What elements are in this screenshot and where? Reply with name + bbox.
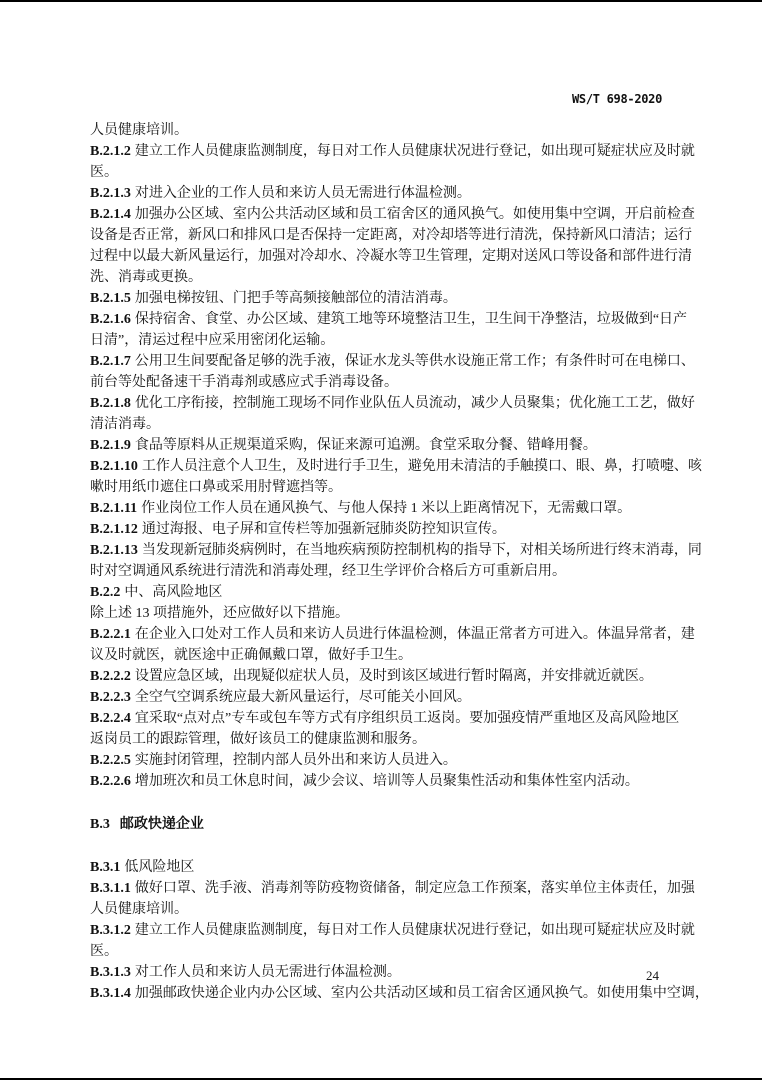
paragraph-line: B.2.1.3对进入企业的工作人员和来访人员无需进行体温检测。	[90, 183, 670, 204]
paragraph-line: 人员健康培训。	[90, 899, 670, 920]
paragraph-line: B.2.1.5加强电梯按钮、门把手等高频接触部位的清洁消毒。	[90, 288, 670, 309]
clause-text: 人员健康培训。	[90, 902, 188, 917]
paragraph-line: B.3.1.4加强邮政快递企业内办公区域、室内公共活动区域和员工宿舍区通风换气。…	[90, 983, 670, 1004]
clause-text: 加强邮政快递企业内办公区域、室内公共活动区域和员工宿舍区通风换气。如使用集中空调…	[135, 986, 709, 1001]
clause-text: 设备是否正常，新风口和排风口是否保持一定距离，对冷却塔等进行清洗，保持新风口清洁…	[90, 228, 692, 243]
clause-text: 前台等处配备速干手消毒剂或感应式手消毒设备。	[90, 375, 398, 390]
clause-text: 食品等原料从正规渠道采购，保证来源可追溯。食堂采取分餐、错峰用餐。	[135, 438, 597, 453]
clause-number: B.2.1.12	[90, 522, 138, 537]
paragraph-line: 清洁消毒。	[90, 414, 670, 435]
clause-text: 建立工作人员健康监测制度，每日对工作人员健康状况进行登记，如出现可疑症状应及时就	[135, 144, 695, 159]
paragraph-line: B.3.1.1做好口罩、洗手液、消毒剂等防疫物资储备，制定应急工作预案，落实单位…	[90, 878, 670, 899]
paragraph-line: 洗、消毒或更换。	[90, 267, 670, 288]
clause-number: B.2.1.6	[90, 312, 131, 327]
paragraph-line: 时对空调通风系统进行清洗和消毒处理，经卫生学评价合格后方可重新启用。	[90, 561, 670, 582]
clause-number: B.3.1.4	[90, 986, 131, 1001]
paragraph-line: B.2.1.7公用卫生间要配备足够的洗手液，保证水龙头等供水设施正常工作；有条件…	[90, 351, 670, 372]
clause-text: 议及时就医，就医途中正确佩戴口罩，做好手卫生。	[90, 648, 412, 663]
clause-text: 工作人员注意个人卫生，及时进行手卫生，避免用未清洁的手触摸口、眼、鼻，打喷嚏、咳	[142, 459, 702, 474]
clause-number: B.2.2	[90, 585, 120, 600]
clause-number: B.2.2.5	[90, 753, 131, 768]
paragraph-line: B.3.1.2建立工作人员健康监测制度，每日对工作人员健康状况进行登记，如出现可…	[90, 920, 670, 941]
clause-number: B.3.1	[90, 860, 120, 875]
top-border	[0, 0, 762, 2]
paragraph-line: B.2.1.2建立工作人员健康监测制度，每日对工作人员健康状况进行登记，如出现可…	[90, 141, 670, 162]
page-number: 24	[646, 968, 659, 984]
clause-text: 全空气空调系统应最大新风量运行，尽可能关小回风。	[135, 690, 471, 705]
paragraph-line: B.2.2中、高风险地区	[90, 582, 670, 603]
paragraph-line: 除上述 13 项措施外，还应做好以下措施。	[90, 603, 670, 624]
clause-text: 清洁消毒。	[90, 417, 160, 432]
clause-text: 日清”，清运过程中应采用密闭化运输。	[90, 333, 334, 348]
paragraph-line: B.2.2.5实施封闭管理，控制内部人员外出和来访人员进入。	[90, 750, 670, 771]
clause-number: B.2.2.4	[90, 711, 131, 726]
clause-text: 加强办公区域、室内公共活动区域和员工宿舍区的通风换气。如使用集中空调，开启前检查	[135, 207, 695, 222]
clause-text: 公用卫生间要配备足够的洗手液，保证水龙头等供水设施正常工作；有条件时可在电梯口、	[135, 354, 695, 369]
paragraph-line: B.2.2.1在企业入口处对工作人员和来访人员进行体温检测，体温正常者方可进入。…	[90, 624, 670, 645]
section-heading: B.3邮政快递企业	[90, 814, 670, 835]
paragraph-line: B.2.1.6保持宿舍、食堂、办公区域、建筑工地等环境整洁卫生，卫生间干净整洁，…	[90, 309, 670, 330]
clause-text: 优化工序衔接，控制施工现场不同作业队伍人员流动，减少人员聚集；优化施工工艺，做好	[135, 396, 695, 411]
standard-code: WS/T 698-2020	[572, 92, 662, 106]
clause-number: B.2.1.9	[90, 438, 131, 453]
paragraph-line: B.2.1.10工作人员注意个人卫生，及时进行手卫生，避免用未清洁的手触摸口、眼…	[90, 456, 670, 477]
clause-number: B.2.2.3	[90, 690, 131, 705]
paragraph-line: 医。	[90, 162, 670, 183]
clause-text: 实施封闭管理，控制内部人员外出和来访人员进入。	[135, 753, 457, 768]
clause-text: 除上述 13 项措施外，还应做好以下措施。	[90, 606, 349, 621]
clause-text: 嗽时用纸巾遮住口鼻或采用肘臂遮挡等。	[90, 480, 342, 495]
clause-text: 对工作人员和来访人员无需进行体温检测。	[135, 965, 401, 980]
paragraph-line: 设备是否正常，新风口和排风口是否保持一定距离，对冷却塔等进行清洗，保持新风口清洁…	[90, 225, 670, 246]
paragraph-line: B.2.1.4加强办公区域、室内公共活动区域和员工宿舍区的通风换气。如使用集中空…	[90, 204, 670, 225]
clause-text: 增加班次和员工休息时间，减少会议、培训等人员聚集性活动和集体性室内活动。	[135, 774, 639, 789]
clause-number: B.2.1.8	[90, 396, 131, 411]
clause-number: B.2.1.4	[90, 207, 131, 222]
clause-text: 过程中以最大新风量运行，加强对冷却水、冷凝水等卫生管理，定期对送风口等设备和部件…	[90, 249, 692, 264]
clause-text: 医。	[90, 944, 118, 959]
clause-number: B.3.1.2	[90, 923, 131, 938]
clause-number: B.2.1.11	[90, 501, 137, 516]
paragraph-line: 过程中以最大新风量运行，加强对冷却水、冷凝水等卫生管理，定期对送风口等设备和部件…	[90, 246, 670, 267]
paragraph-line: B.2.2.6增加班次和员工休息时间，减少会议、培训等人员聚集性活动和集体性室内…	[90, 771, 670, 792]
paragraph-line: 议及时就医，就医途中正确佩戴口罩，做好手卫生。	[90, 645, 670, 666]
clause-text: 作业岗位工作人员在通风换气、与他人保持 1 米以上距离情况下，无需戴口罩。	[141, 501, 631, 516]
clause-text: 医。	[90, 165, 118, 180]
spacer	[90, 835, 670, 857]
clause-number: B.2.1.3	[90, 186, 131, 201]
clause-number: B.3.1.1	[90, 881, 131, 896]
clause-text: 宜采取“点对点”专车或包车等方式有序组织员工返岗。要加强疫情严重地区及高风险地区	[135, 711, 679, 726]
clause-number: B.2.1.7	[90, 354, 131, 369]
clause-number: B.2.1.13	[90, 543, 138, 558]
clause-number: B.2.1.2	[90, 144, 131, 159]
paragraph-line: B.2.2.2设置应急区域，出现疑似症状人员，及时到该区域进行暂时隔离，并安排就…	[90, 666, 670, 687]
clause-number: B.2.2.2	[90, 669, 131, 684]
section-title-text: 邮政快递企业	[120, 817, 204, 832]
paragraph-line: 返岗员工的跟踪管理，做好该员工的健康监测和服务。	[90, 729, 670, 750]
clause-text: 在企业入口处对工作人员和来访人员进行体温检测，体温正常者方可进入。体温异常者，建	[135, 627, 695, 642]
paragraph-line: B.2.1.13当发现新冠肺炎病例时，在当地疾病预防控制机构的指导下，对相关场所…	[90, 540, 670, 561]
clause-text: 保持宿舍、食堂、办公区域、建筑工地等环境整洁卫生，卫生间干净整洁，垃圾做到“日产	[135, 312, 687, 327]
clause-text: 返岗员工的跟踪管理，做好该员工的健康监测和服务。	[90, 732, 426, 747]
paragraph-line: B.2.2.3全空气空调系统应最大新风量运行，尽可能关小回风。	[90, 687, 670, 708]
document-body: 人员健康培训。B.2.1.2建立工作人员健康监测制度，每日对工作人员健康状况进行…	[90, 120, 670, 1004]
section-number: B.3	[90, 817, 110, 832]
clause-text: 时对空调通风系统进行清洗和消毒处理，经卫生学评价合格后方可重新启用。	[90, 564, 566, 579]
paragraph-line: B.2.1.9食品等原料从正规渠道采购，保证来源可追溯。食堂采取分餐、错峰用餐。	[90, 435, 670, 456]
clause-number: B.2.2.1	[90, 627, 131, 642]
clause-text: 中、高风险地区	[124, 585, 222, 600]
paragraph-line: B.3.1.3对工作人员和来访人员无需进行体温检测。	[90, 962, 670, 983]
paragraph-line: 嗽时用纸巾遮住口鼻或采用肘臂遮挡等。	[90, 477, 670, 498]
clause-number: B.2.1.5	[90, 291, 131, 306]
clause-number: B.3.1.3	[90, 965, 131, 980]
clause-text: 洗、消毒或更换。	[90, 270, 202, 285]
clause-text: 人员健康培训。	[90, 123, 188, 138]
clause-text: 做好口罩、洗手液、消毒剂等防疫物资储备，制定应急工作预案，落实单位主体责任，加强	[135, 881, 695, 896]
clause-text: 加强电梯按钮、门把手等高频接触部位的清洁消毒。	[135, 291, 457, 306]
paragraph-line: 医。	[90, 941, 670, 962]
paragraph-line: 人员健康培训。	[90, 120, 670, 141]
paragraph-line: 日清”，清运过程中应采用密闭化运输。	[90, 330, 670, 351]
clause-text: 通过海报、电子屏和宣传栏等加强新冠肺炎防控知识宣传。	[142, 522, 506, 537]
paragraph-line: B.2.2.4宜采取“点对点”专车或包车等方式有序组织员工返岗。要加强疫情严重地…	[90, 708, 670, 729]
paragraph-line: B.2.1.11作业岗位工作人员在通风换气、与他人保持 1 米以上距离情况下，无…	[90, 498, 670, 519]
clause-text: 建立工作人员健康监测制度，每日对工作人员健康状况进行登记，如出现可疑症状应及时就	[135, 923, 695, 938]
paragraph-line: B.2.1.12通过海报、电子屏和宣传栏等加强新冠肺炎防控知识宣传。	[90, 519, 670, 540]
paragraph-line: B.2.1.8优化工序衔接，控制施工现场不同作业队伍人员流动，减少人员聚集；优化…	[90, 393, 670, 414]
clause-text: 设置应急区域，出现疑似症状人员，及时到该区域进行暂时隔离，并安排就近就医。	[135, 669, 653, 684]
clause-number: B.2.2.6	[90, 774, 131, 789]
clause-text: 当发现新冠肺炎病例时，在当地疾病预防控制机构的指导下，对相关场所进行终末消毒，同	[142, 543, 702, 558]
clause-number: B.2.1.10	[90, 459, 138, 474]
paragraph-line: 前台等处配备速干手消毒剂或感应式手消毒设备。	[90, 372, 670, 393]
clause-text: 对进入企业的工作人员和来访人员无需进行体温检测。	[135, 186, 471, 201]
paragraph-line: B.3.1低风险地区	[90, 857, 670, 878]
clause-text: 低风险地区	[124, 860, 194, 875]
spacer	[90, 792, 670, 814]
